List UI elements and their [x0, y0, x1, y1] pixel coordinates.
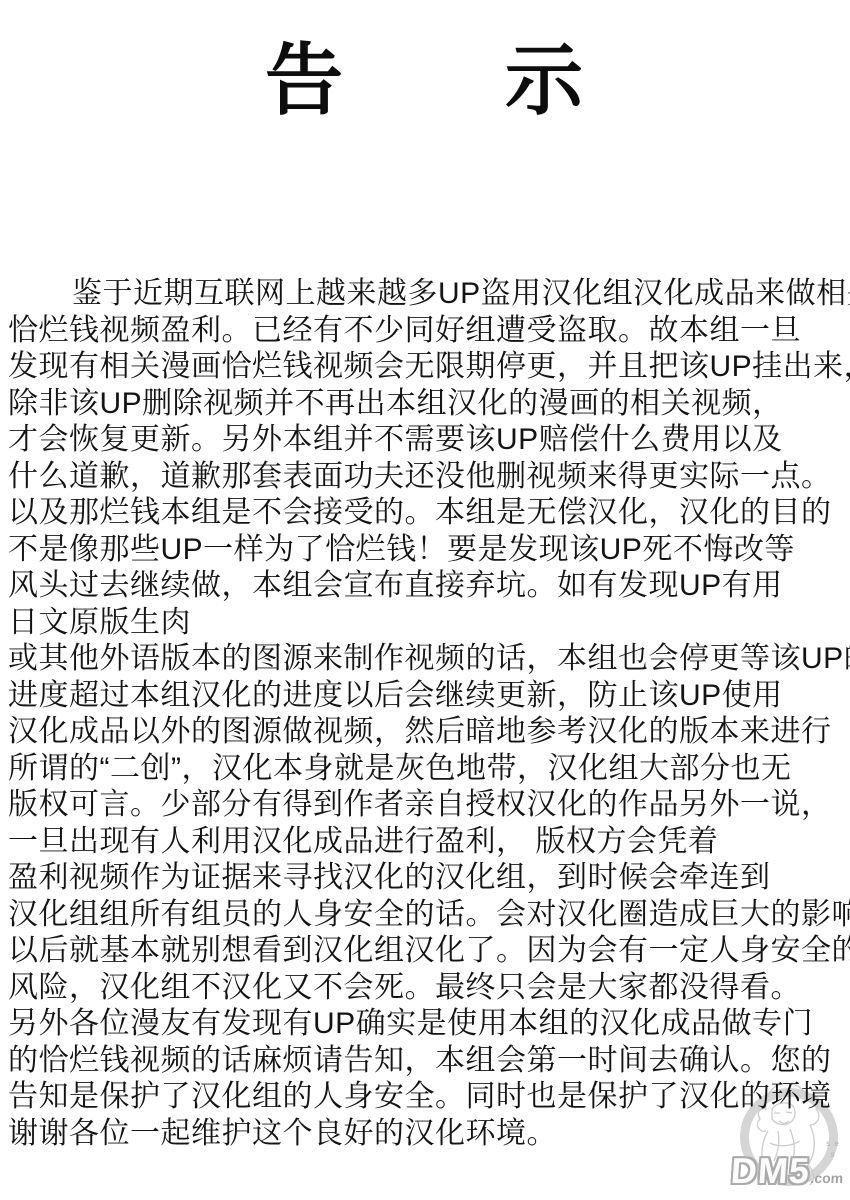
notice-line: 不是像那些UP一样为了恰烂钱！要是发现该UP死不悔改等	[8, 532, 850, 569]
notice-line: 或其他外语版本的图源来制作视频的话，本组也会停更等该UP的	[8, 641, 850, 678]
notice-line: 鉴于近期互联网上越来越多UP盗用汉化组汉化成品来做相关	[8, 276, 850, 313]
notice-line: 版权可言。少部分有得到作者亲自授权汉化的作品另外一说，	[8, 787, 850, 824]
notice-line: 进度超过本组汉化的进度以后会继续更新，防止该UP使用	[8, 678, 850, 715]
dm5-logo: DM5.com	[730, 1150, 846, 1192]
notice-line: 盈利视频作为证据来寻找汉化的汉化组，到时候会牵连到	[8, 860, 850, 897]
notice-line: 谢谢各位一起维护这个良好的汉化环境。	[8, 1116, 850, 1153]
notice-line: 日文原版生肉	[8, 605, 850, 642]
notice-line: 恰烂钱视频盈利。已经有不少同好组遭受盗取。故本组一旦	[8, 313, 850, 350]
dm5-logo-suffix: .com	[810, 1170, 844, 1186]
notice-line: 的恰烂钱视频的话麻烦请告知，本组会第一时间去确认。您的	[8, 1043, 850, 1080]
notice-line: 风头过去继续做，本组会宣布直接弃坑。如有发现UP有用	[8, 568, 850, 605]
notice-body: 鉴于近期互联网上越来越多UP盗用汉化组汉化成品来做相关恰烂钱视频盈利。已经有不少…	[8, 276, 850, 1152]
notice-line: 告知是保护了汉化组的人身安全。同时也是保护了汉化的环境	[8, 1079, 850, 1116]
notice-line: 所谓的“二创”，汉化本身就是灰色地带，汉化组大部分也无	[8, 751, 850, 788]
notice-line: 才会恢复更新。另外本组并不需要该UP赔偿什么费用以及	[8, 422, 850, 459]
notice-line: 汉化成品以外的图源做视频，然后暗地参考汉化的版本来进行	[8, 714, 850, 751]
notice-line: 什么道歉，道歉那套表面功夫还没他删视频来得更实际一点。	[8, 459, 850, 496]
dm5-logo-text: DM5	[730, 1150, 812, 1191]
notice-page: 告 示 鉴于近期互联网上越来越多UP盗用汉化组汉化成品来做相关恰烂钱视频盈利。已…	[0, 0, 850, 1200]
notice-line: 汉化组组所有组员的人身安全的话。会对汉化圈造成巨大的影响，	[8, 897, 850, 934]
notice-line: 以及那烂钱本组是不会接受的。本组是无偿汉化，汉化的目的	[8, 495, 850, 532]
notice-line: 一旦出现有人利用汉化成品进行盈利， 版权方会凭着	[8, 824, 850, 861]
notice-line: 除非该UP删除视频并不再出本组汉化的漫画的相关视频，	[8, 386, 850, 423]
notice-line: 发现有相关漫画恰烂钱视频会无限期停更，并且把该UP挂出来，	[8, 349, 850, 386]
notice-line: 风险，汉化组不汉化又不会死。最终只会是大家都没得看。	[8, 970, 850, 1007]
notice-line: 以后就基本就别想看到汉化组汉化了。因为会有一定人身安全的	[8, 933, 850, 970]
notice-line: 另外各位漫友有发现有UP确实是使用本组的汉化成品做专门	[8, 1006, 850, 1043]
notice-title: 告 示	[0, 38, 850, 124]
